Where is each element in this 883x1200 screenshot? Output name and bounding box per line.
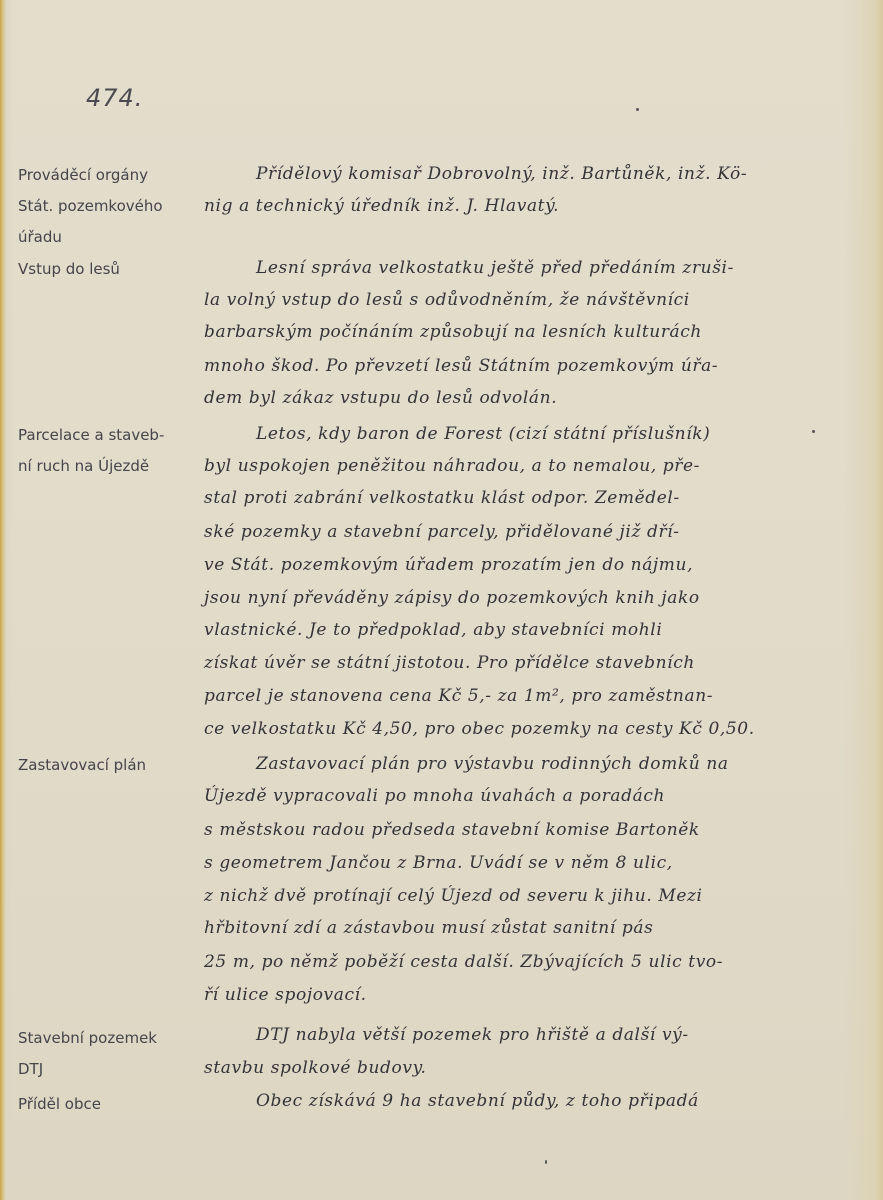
body-line: Lesní správa velkostatku ještě před před… (256, 258, 734, 278)
manuscript-page: 474. Prováděcí orgány Stát. pozemkového … (0, 0, 883, 1200)
body-line: Újezdě vypracovali po mnoha úvahách a po… (204, 786, 665, 806)
margin-note-line: Vstup do lesů (18, 254, 120, 285)
margin-note-line: úřadu (18, 222, 163, 253)
body-line: barbarským počínáním způsobují na lesníc… (204, 322, 702, 342)
margin-note-line: Stavební pozemek (18, 1023, 157, 1054)
body-line: z nichž dvě protínají celý Újezd od seve… (204, 886, 703, 906)
body-line: byl uspokojen peněžitou náhradou, a to n… (204, 456, 700, 476)
body-line: stal proti zabrání velkostatku klást odp… (204, 488, 680, 508)
body-line: mnoho škod. Po převzetí lesů Státním poz… (204, 356, 718, 376)
body-line: získat úvěr se státní jistotou. Pro příd… (204, 653, 695, 673)
body-line: hřbitovní zdí a zástavbou musí zůstat sa… (204, 918, 653, 938)
margin-note-line: Prováděcí orgány (18, 160, 163, 191)
body-line: dem byl zákaz vstupu do lesů odvolán. (204, 388, 557, 408)
margin-note-line: Parcelace a staveb- (18, 420, 164, 451)
ink-speck (812, 430, 815, 433)
margin-note-dtj-land: Stavební pozemek DTJ (18, 1023, 157, 1085)
body-line: DTJ nabyla větší pozemek pro hřiště a da… (256, 1025, 689, 1045)
body-line: vlastnické. Je to předpoklad, aby staveb… (204, 620, 662, 640)
margin-note-municipal-allocation: Příděl obce (18, 1089, 101, 1120)
body-line: ské pozemky a stavební parcely, přidělov… (204, 522, 680, 542)
margin-note-line: Stát. pozemkového (18, 191, 163, 222)
page-number: 474. (86, 84, 143, 112)
margin-note-parcelling: Parcelace a staveb- ní ruch na Újezdě (18, 420, 164, 482)
margin-note-development-plan: Zastavovací plán (18, 750, 146, 781)
margin-note-line: DTJ (18, 1054, 157, 1085)
margin-note-line: ní ruch na Újezdě (18, 451, 164, 482)
margin-note-line: Zastavovací plán (18, 750, 146, 781)
margin-note-forest-access: Vstup do lesů (18, 254, 120, 285)
body-line: s městskou radou předseda stavební komis… (204, 820, 700, 840)
body-line: ce velkostatku Kč 4,50, pro obec pozemky… (204, 719, 755, 739)
margin-note-line: Příděl obce (18, 1089, 101, 1120)
body-line: ří ulice spojovací. (204, 985, 367, 1005)
body-line: Letos, kdy baron de Forest (cizí státní … (256, 424, 710, 444)
body-line: 25 m, po němž poběží cesta další. Zbývaj… (204, 952, 723, 972)
body-line: stavbu spolkové budovy. (204, 1058, 427, 1078)
body-line: Obec získává 9 ha stavební půdy, z toho … (256, 1091, 699, 1111)
body-line: jsou nyní převáděny zápisy do pozemkovýc… (204, 588, 700, 608)
body-line: Přídělový komisař Dobrovolný, inž. Bartů… (256, 164, 747, 184)
ink-speck (545, 1160, 547, 1164)
body-line: ve Stát. pozemkovým úřadem prozatím jen … (204, 555, 693, 575)
margin-note-executive-bodies: Prováděcí orgány Stát. pozemkového úřadu (18, 160, 163, 253)
ink-speck (636, 108, 639, 111)
body-line: la volný vstup do lesů s odůvodněním, že… (204, 290, 690, 310)
body-line: nig a technický úředník inž. J. Hlavatý. (204, 196, 559, 216)
body-line: s geometrem Jančou z Brna. Uvádí se v ně… (204, 853, 673, 873)
body-line: Zastavovací plán pro výstavbu rodinných … (256, 754, 729, 774)
body-line: parcel je stanovena cena Kč 5,- za 1m², … (204, 686, 713, 706)
